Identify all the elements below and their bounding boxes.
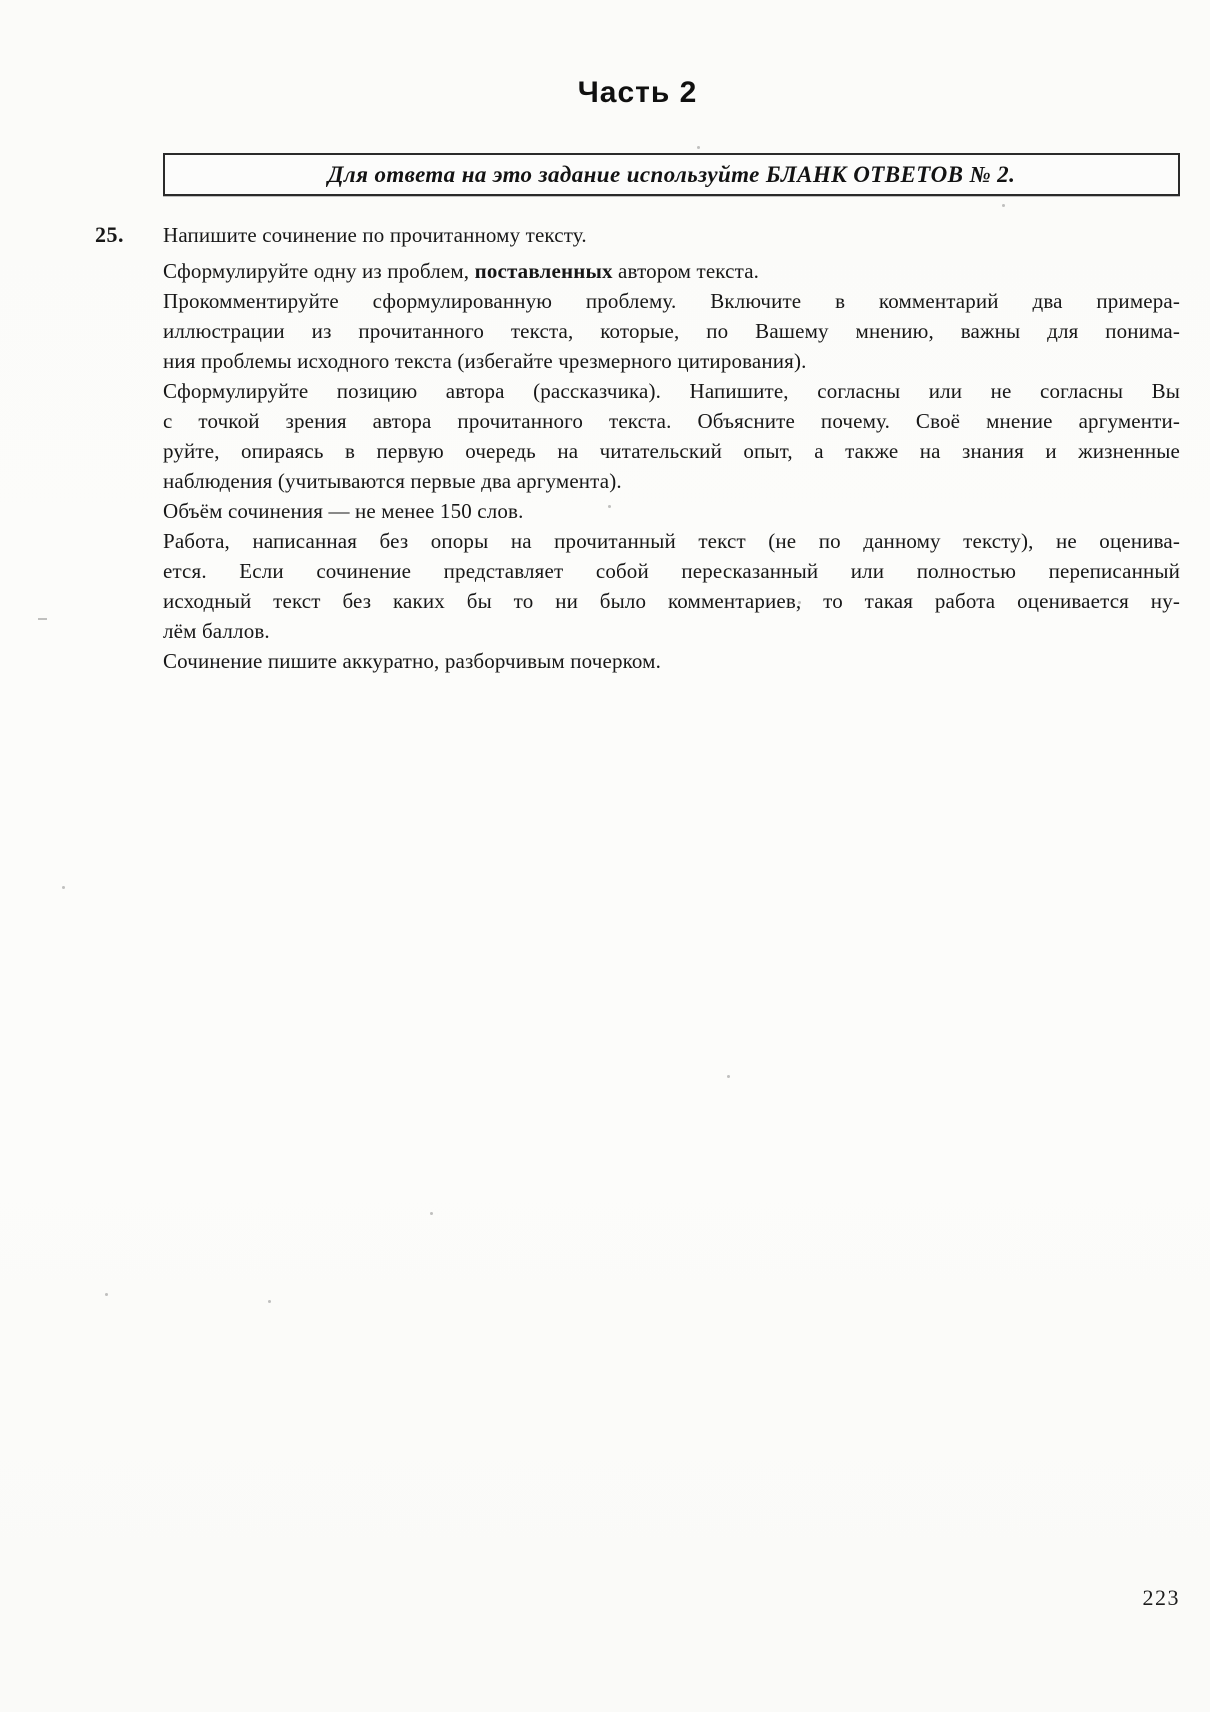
task-line-segment: Сформулируйте одну из проблем, <box>163 259 475 283</box>
scan-speck <box>105 1293 108 1296</box>
task-text: Напишите сочинение по прочитанному текст… <box>163 220 1180 676</box>
task-line: иллюстрации из прочитанного текста, кото… <box>163 316 1180 346</box>
part-heading: Часть 2 <box>95 76 1180 110</box>
task-line: руйте, опираясь в первую очередь на чита… <box>163 436 1180 466</box>
scan-speck <box>430 1212 433 1215</box>
page-number: 223 <box>1143 1585 1181 1611</box>
task-line-segment: автором текста. <box>613 259 759 283</box>
notice-emphasis: БЛАНК ОТВЕТОВ № 2. <box>766 162 1015 187</box>
scan-speck <box>1002 204 1005 207</box>
task-line: ния проблемы исходного текста (избегайте… <box>163 346 1180 376</box>
scan-speck <box>62 886 65 889</box>
scan-speck <box>727 1075 730 1078</box>
task-line-bold-word: поставленных <box>475 259 613 283</box>
task-number: 25. <box>95 220 163 676</box>
task-25: 25. Напишите сочинение по прочитанному т… <box>95 220 1180 676</box>
scan-speck <box>608 505 611 508</box>
task-line: Работа, написанная без опоры на прочитан… <box>163 526 1180 556</box>
scan-speck <box>798 601 801 604</box>
scan-speck <box>38 618 47 620</box>
scan-speck <box>268 1300 271 1303</box>
page-content: Часть 2 Для ответа на это задание исполь… <box>95 0 1180 676</box>
task-line: Прокомментируйте сформулированную пробле… <box>163 286 1180 316</box>
answer-sheet-notice: Для ответа на это задание используйте БЛ… <box>328 162 1015 188</box>
task-line: ется. Если сочинение представляет собой … <box>163 556 1180 586</box>
task-line: Объём сочинения — не менее 150 слов. <box>163 496 1180 526</box>
task-line: Сочинение пишите аккуратно, разборчивым … <box>163 646 1180 676</box>
answer-sheet-notice-box: Для ответа на это задание используйте БЛ… <box>163 153 1180 196</box>
task-line: наблюдения (учитываются первые два аргум… <box>163 466 1180 496</box>
task-line: Сформулируйте позицию автора (рассказчик… <box>163 376 1180 406</box>
task-line: с точкой зрения автора прочитанного текс… <box>163 406 1180 436</box>
scanned-book-page: Часть 2 Для ответа на это задание исполь… <box>0 0 1210 1712</box>
task-line: исходный текст без каких бы то ни было к… <box>163 586 1180 616</box>
task-line: лём баллов. <box>163 616 1180 646</box>
task-line: Сформулируйте одну из проблем, поставлен… <box>163 256 1180 286</box>
scan-speck <box>697 146 700 149</box>
notice-prefix: Для ответа на это задание используйте <box>328 162 766 187</box>
task-line: Напишите сочинение по прочитанному текст… <box>163 220 1180 250</box>
